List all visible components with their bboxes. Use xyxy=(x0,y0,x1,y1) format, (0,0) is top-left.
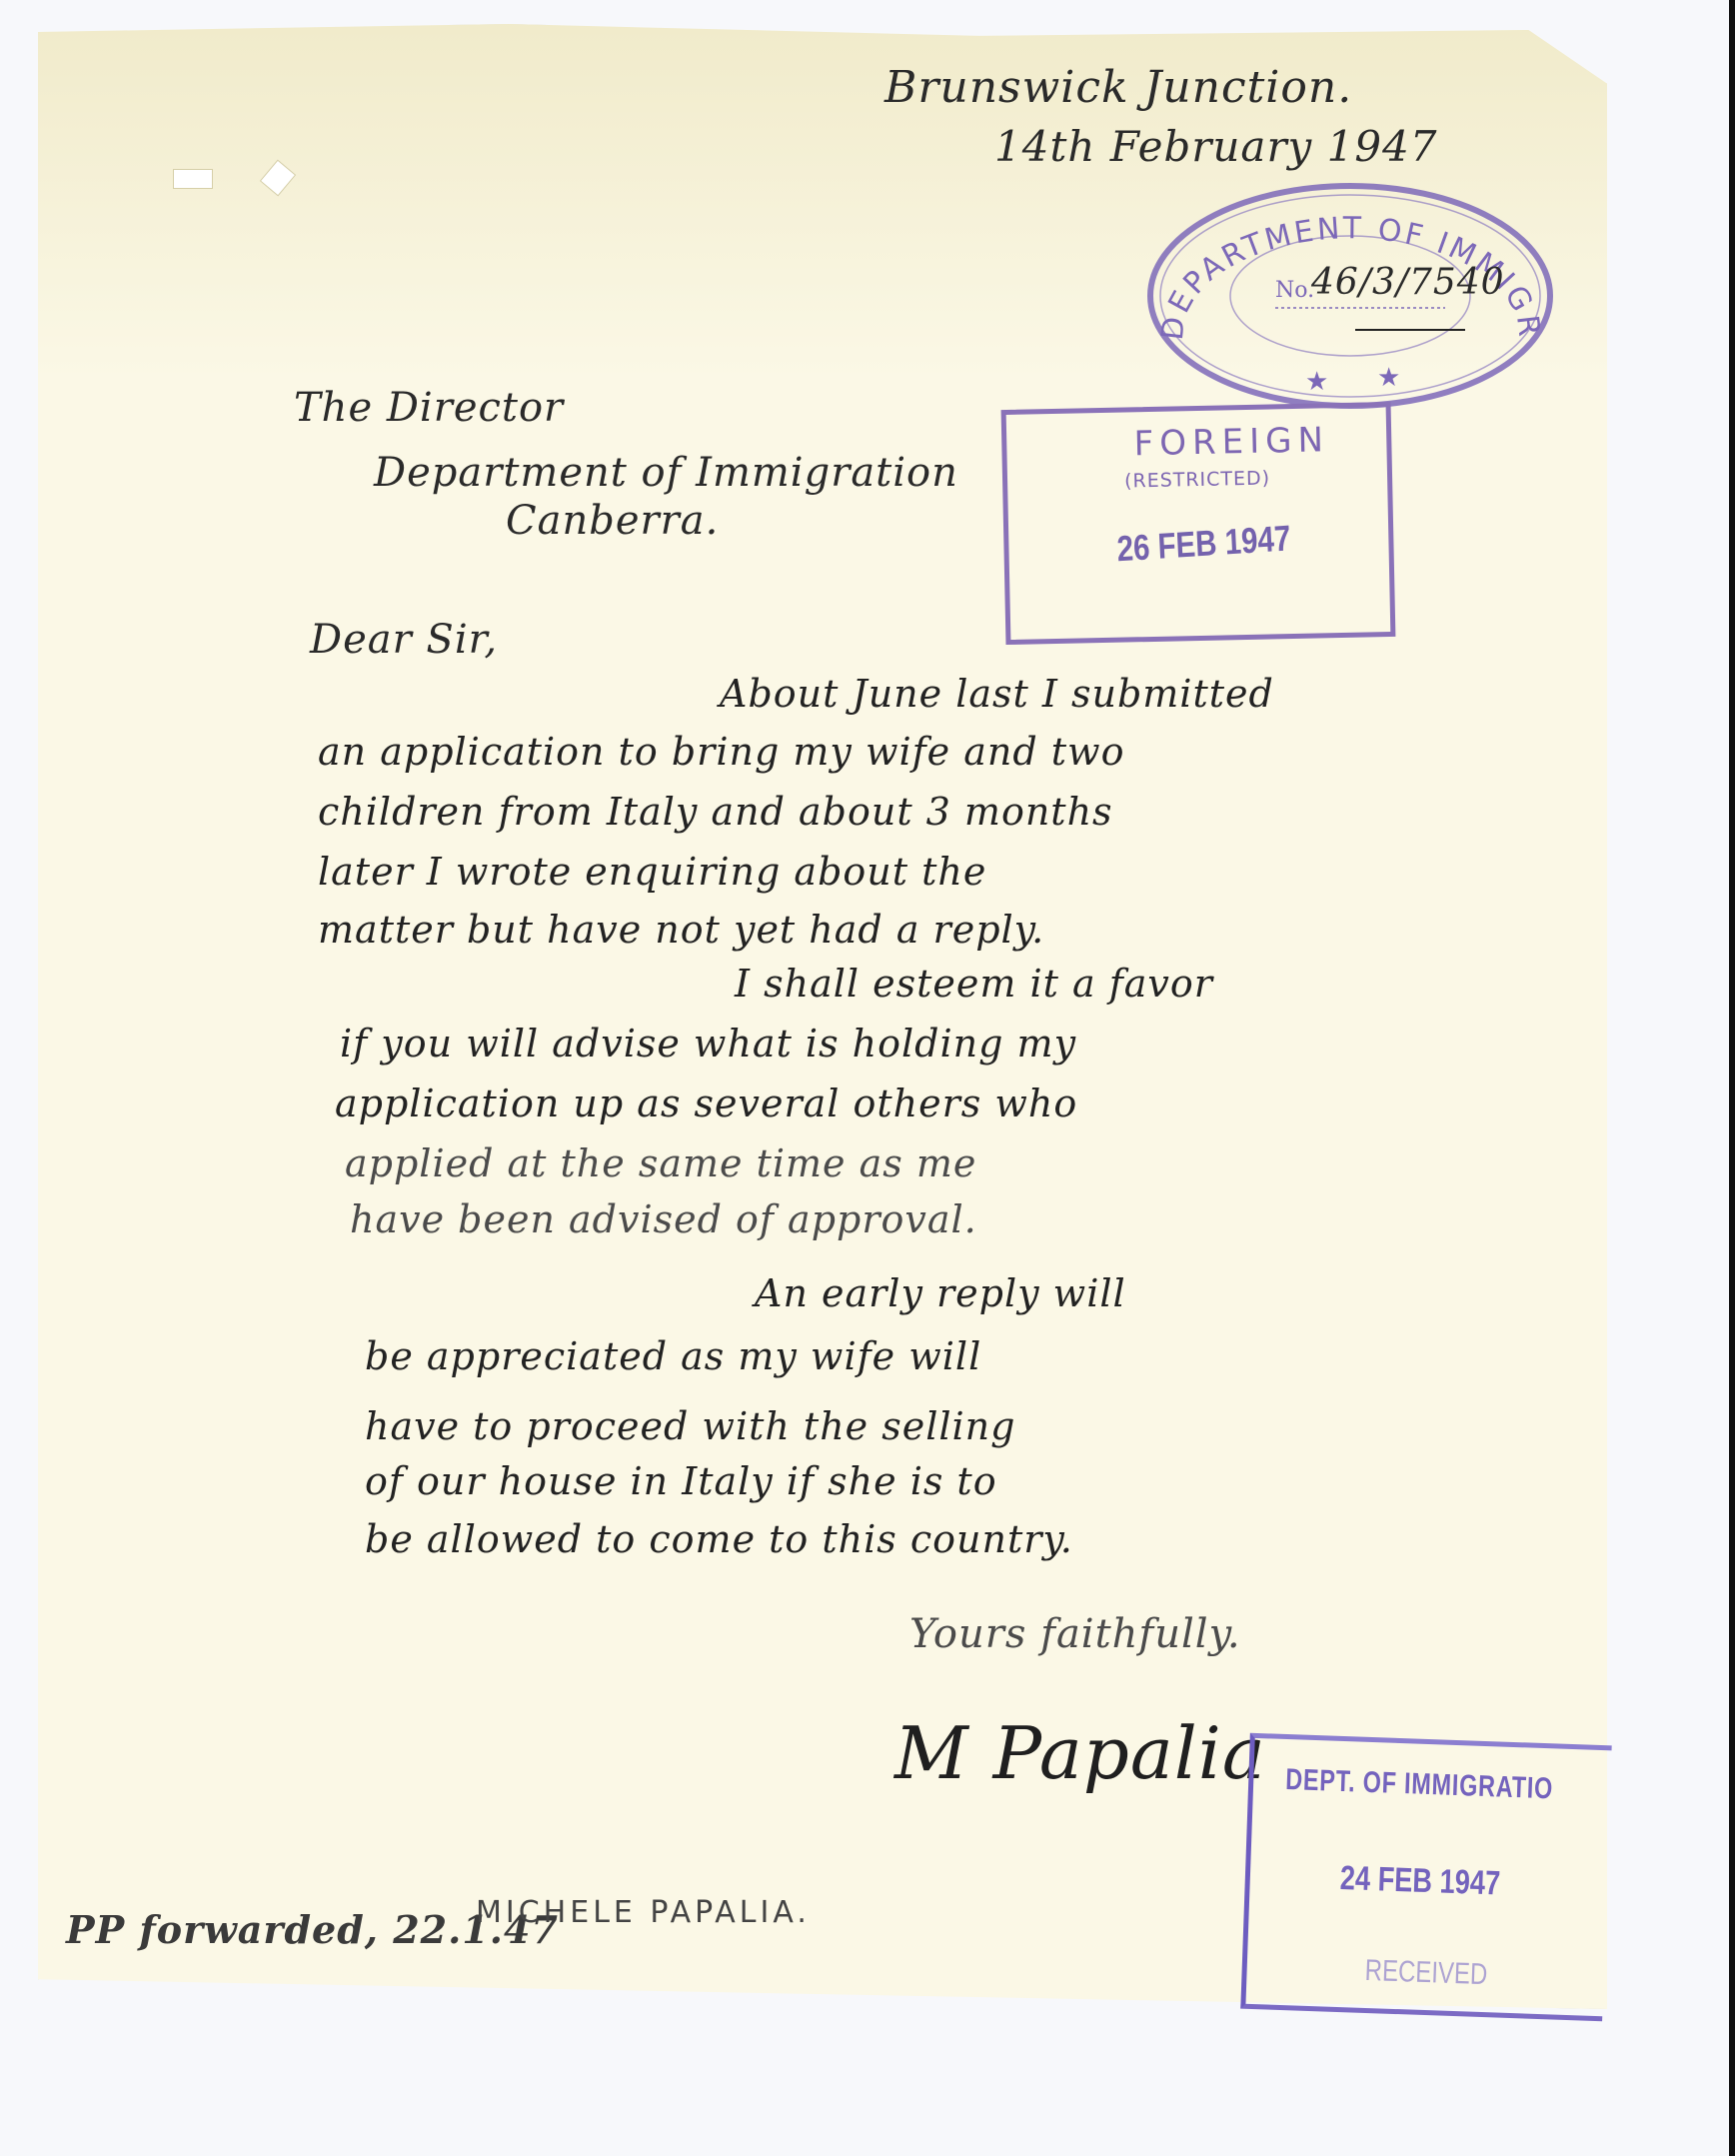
foreign-stamp-title: FOREIGN xyxy=(1066,419,1397,466)
letter-date: 14th February 1947 xyxy=(994,122,1438,171)
punch-hole-icon xyxy=(173,169,213,189)
file-number: 46/3/7540 xyxy=(1311,262,1505,303)
body-line: an application to bring my wife and two xyxy=(318,730,1124,774)
foreign-stamp-date: 26 FEB 1947 xyxy=(1092,516,1315,572)
printed-name: MICHELE PAPALIA. xyxy=(476,1895,811,1930)
body-line: application up as several others who xyxy=(335,1081,1077,1125)
sender-place: Brunswick Junction. xyxy=(884,62,1352,113)
body-line: About June last I submitted xyxy=(720,672,1274,716)
recipient-line-2: Department of Immigration xyxy=(374,450,958,496)
body-line: be appreciated as my wife will xyxy=(365,1334,981,1378)
signature: M Papalia xyxy=(894,1711,1266,1795)
body-line: An early reply will xyxy=(755,1271,1126,1315)
body-line: I shall esteem it a favor xyxy=(735,962,1213,1006)
oval-number-label: No. xyxy=(1275,278,1314,303)
svg-text:★: ★ xyxy=(1377,363,1400,393)
body-line: matter but have not yet had a reply. xyxy=(318,908,1044,952)
recipient-line-1: The Director xyxy=(294,385,564,431)
salutation: Dear Sir, xyxy=(310,617,498,663)
body-line: have to proceed with the selling xyxy=(365,1404,1016,1448)
body-line: if you will advise what is holding my xyxy=(340,1022,1076,1066)
scanner-edge xyxy=(1729,0,1735,2156)
foreign-restricted-stamp: FOREIGN (RESTRICTED) 26 FEB 1947 xyxy=(1001,402,1396,645)
body-line: have been advised of approval. xyxy=(350,1197,977,1241)
received-stamp-label: RECEIVED xyxy=(1364,1954,1488,1992)
closing: Yours faithfully. xyxy=(909,1611,1241,1657)
body-line: be allowed to come to this country. xyxy=(365,1517,1073,1561)
svg-text:★: ★ xyxy=(1305,367,1328,397)
recipient-line-3: Canberra. xyxy=(506,498,719,544)
received-stamp-title: DEPT. OF IMMIGRATIO xyxy=(1285,1763,1554,1806)
svg-text:DEPARTMENT OF IMMIGRATION: DEPARTMENT OF IMMIGRATION xyxy=(1145,180,1546,342)
foreign-stamp-subtitle: (RESTRICTED) xyxy=(1067,466,1327,493)
oval-ring-text: DEPARTMENT OF IMMIGRATION xyxy=(1145,180,1546,342)
body-line: applied at the same time as me xyxy=(345,1141,976,1185)
received-stamp: DEPT. OF IMMIGRATIO 24 FEB 1947 RECEIVED xyxy=(1240,1733,1611,2021)
received-stamp-date: 24 FEB 1947 xyxy=(1339,1859,1501,1904)
body-line: children from Italy and about 3 months xyxy=(318,790,1113,834)
body-line: of our house in Italy if she is to xyxy=(365,1459,997,1503)
body-line: later I wrote enquiring about the xyxy=(318,850,986,894)
